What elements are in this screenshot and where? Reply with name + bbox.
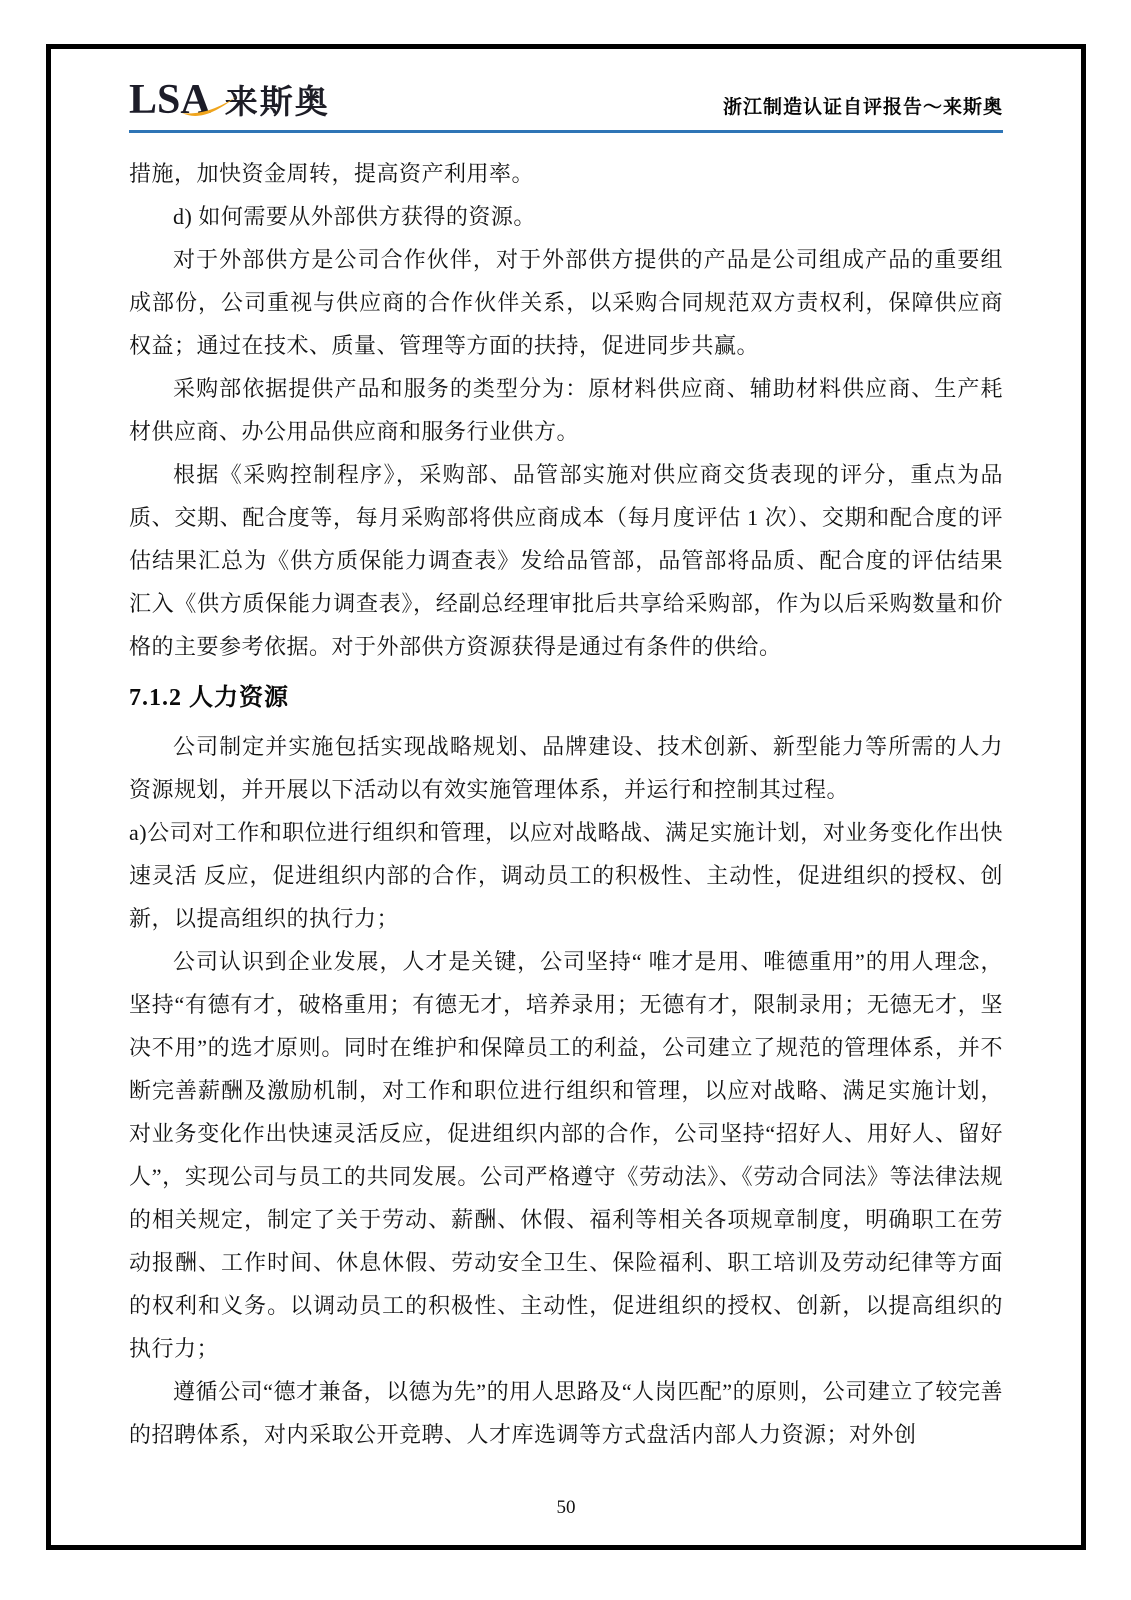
paragraph: 根据《采购控制程序》，采购部、品管部实施对供应商交货表现的评分，重点为品质、交期… (129, 453, 1003, 668)
report-title: 浙江制造认证自评报告～来斯奥 (723, 98, 1003, 121)
page-content-area: LSA 来斯奥 浙江制造认证自评报告～来斯奥 措施，加快资金周转，提高资产利用率… (51, 49, 1081, 1545)
header-divider-rule (129, 130, 1003, 133)
document-body: 措施，加快资金周转，提高资产利用率。d) 如何需要从外部供方获得的资源。对于外部… (129, 152, 1003, 1456)
document-header: LSA 来斯奥 浙江制造认证自评报告～来斯奥 (129, 49, 1003, 121)
page-number: 50 (51, 1497, 1081, 1519)
paragraph: 措施，加快资金周转，提高资产利用率。 (129, 152, 1003, 195)
paragraph: 对于外部供方是公司合作伙伴，对于外部供方提供的产品是公司组成产品的重要组成部份，… (129, 238, 1003, 367)
paragraph: 采购部依据提供产品和服务的类型分为：原材料供应商、辅助材料供应商、生产耗材供应商… (129, 367, 1003, 453)
section-heading: 7.1.2 人力资源 (129, 681, 1003, 715)
logo-lsa-text: LSA (129, 79, 211, 121)
paragraph: 公司制定并实施包括实现战略规划、品牌建设、技术创新、新型能力等所需的人力资源规划… (129, 725, 1003, 811)
paragraph: 公司认识到企业发展，人才是关键，公司坚持“ 唯才是用、唯德重用”的用人理念，坚持… (129, 940, 1003, 1370)
paragraph: 遵循公司“德才兼备，以德为先”的用人思路及“人岗匹配”的原则，公司建立了较完善的… (129, 1370, 1003, 1456)
document-page: LSA 来斯奥 浙江制造认证自评报告～来斯奥 措施，加快资金周转，提高资产利用率… (0, 0, 1131, 1600)
page-border-frame: LSA 来斯奥 浙江制造认证自评报告～来斯奥 措施，加快资金周转，提高资产利用率… (46, 44, 1086, 1550)
logo-chinese-text: 来斯奥 (225, 87, 330, 120)
paragraph: d) 如何需要从外部供方获得的资源。 (129, 195, 1003, 238)
paragraph: a)公司对工作和职位进行组织和管理，以应对战略战、满足实施计划，对业务变化作出快… (129, 811, 1003, 940)
company-logo: LSA 来斯奥 (129, 79, 330, 121)
